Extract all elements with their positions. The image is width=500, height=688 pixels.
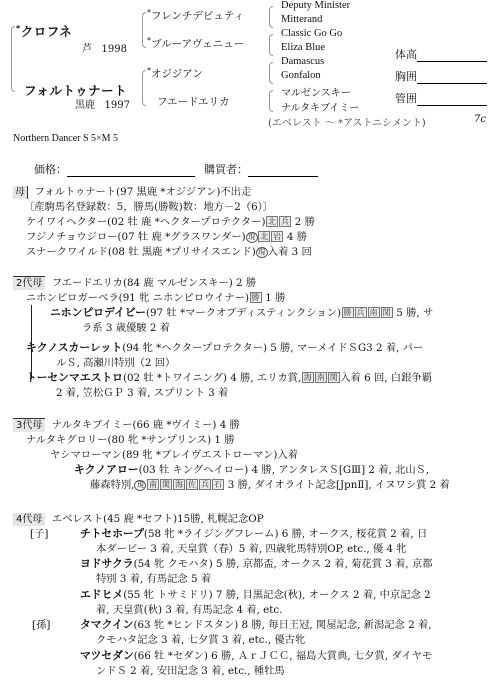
second-dam-header: 2代母 フエードエリカ(84 鹿 マルゼンスキー) 2 勝 [13, 276, 256, 290]
section-tag: 2代母 [13, 276, 45, 290]
section-tag: 母 [13, 186, 28, 199]
descendant-row: タマクイン(63 牝 *ヒンドスタン) 8 勝, 毎日王冠, 関屋記念, 新潟記… [80, 618, 432, 632]
gen3-ancestor: Mitterand [281, 14, 322, 25]
descendant-row: トーセンマエストロ(02 牡 *トワイニング) 4 勝, エリカ賞,海南関入着 … [26, 371, 432, 385]
descendant-row-cont: 2 着, 笠松ＧＰ 3 着, スプリント 3 着 [56, 386, 228, 400]
pedigree-bracket [269, 34, 273, 56]
sire-dam-name: *ブルーアヴェニュー [147, 36, 244, 51]
dam-summary: 〔産駒馬名登録数：5，勝馬(勝鞍)数：地方－2（6）〕 [24, 200, 273, 214]
sire-sire-name: *フレンチデピュティ [147, 8, 244, 23]
descendant-row-cont: ンドＳ 2 着, 安田記念 3 着, etc., 種牡馬 [96, 664, 285, 678]
family-line: (エベレスト ～ *アストニシメント) [268, 114, 426, 129]
cannon-field[interactable]: 管囲 [395, 90, 487, 106]
offspring-row: フジノチョウジロー(07 牡 鹿 *グラスワンダー)現北岩 4 勝 [26, 230, 307, 244]
gen3-ancestor: Eliza Blue [281, 42, 325, 53]
descendant-row: ヤシマローマン(89 牝 *ブレイヴエストローマン)入着 [50, 448, 298, 462]
offspring-row: ケイワイヘクター(02 牡 鹿 *ヘクタープロテクター)北兵 2 勝 [26, 215, 315, 229]
descendant-row-cont: 着, 天皇賞(秋) 3 着, 有馬記念 4 着, etc. [96, 603, 282, 617]
gen3-ancestor: Damascus [281, 56, 324, 67]
descendant-row: キクノアロー(03 牡 キングヘイロー) 4 勝, アンタレスＳ[GⅢ] 2 着… [74, 463, 429, 477]
dam-info: 黒鹿 1997 [75, 96, 130, 111]
gen3-ancestor: ナルタキブイミー [281, 99, 359, 114]
descendant-row-cont: 特別 3 着, 有馬記念 5 着 [96, 572, 211, 586]
descendant-row-cont: 本ダービー 3 着, 天皇賞（春）5 着, 四歳牝馬特別OP, etc., 優 … [96, 542, 407, 556]
descendant-row-cont: 藤森特別,現南関海佐兵石 3 勝, ダイオライト記念[JpnⅡ], イヌワシ賞 … [90, 478, 450, 492]
gen3-ancestor: Gonfalon [281, 70, 321, 81]
sire-name: *クロフネ [16, 22, 72, 40]
gen3-ancestor: マルゼンスキー [281, 84, 351, 99]
descendant-row: ニホンピロデイビー(97 牡 *マークオブディスティンクション)勝兵南関 5 勝… [50, 306, 433, 320]
gen3-ancestor: Classic Go Go [281, 28, 342, 39]
descendant-row: マツセダン(66 牡 *セダン) 6 勝, ＡｒＪＣＣ, 福島大賞典, 七夕賞,… [80, 649, 432, 663]
descendant-row: ナルタキグロリー(80 牝 *サンプリンス) 1 勝 [26, 433, 235, 447]
pedigree-bracket [142, 12, 146, 48]
dam-sire-name: *オジジアン [147, 66, 203, 81]
price-field[interactable]: 価格： [34, 161, 195, 177]
gen3-ancestor: Deputy Minister [281, 0, 350, 11]
descendant-row-cont: ルＳ, 高瀬川特別（2 回） [56, 356, 175, 370]
buyer-field[interactable]: 購買者： [204, 161, 318, 177]
pedigree-bracket [269, 6, 273, 28]
fourth-dam-header: 4代母 エベレスト(45 鹿 *セフト)15勝, 札幌記念OP [13, 512, 264, 526]
child-label: [子] [30, 527, 48, 541]
descendant-row-cont: ラ系 3 歳優駿 2 着 [82, 321, 170, 335]
descendant-row-cont: クモハタ記念 3 着, 七夕賞 3 着, etc., 優古牝 [96, 633, 305, 647]
chest-field[interactable]: 胸囲 [395, 68, 487, 84]
section-tag: 3代母 [13, 418, 45, 432]
sire-info: 芦 1998 [82, 40, 127, 55]
descendant-row: キクノスカーレット(94 牝 *ヘクタープロテクター) 5 勝, マーメイドＳG… [26, 341, 423, 355]
descendant-row: ニホンピロガーベラ(91 牝 ニホンピロウイナー)勝 1 勝 [26, 291, 285, 305]
family-number: 7c [474, 114, 486, 125]
descendant-row: チトセホープ(58 牝 *ライジングフレーム) 6 勝, オークス, 桜花賞 2… [80, 527, 427, 541]
pedigree-bracket [269, 62, 273, 84]
descendant-row: ヨドサクラ(54 牝 クモハタ) 5 勝, 京都盃, オークス 2 着, 菊花賞… [80, 557, 433, 571]
section-tag: 4代母 [13, 513, 45, 526]
offspring-row: スナークワイルド(08 牡 黒鹿 *プリサイスエンド)現入着 3 回 [26, 245, 312, 259]
third-dam-header: 3代母 ナルタキブイミー(66 鹿 *ヴイミー) 4 勝 [13, 418, 240, 432]
pedigree-bracket [269, 90, 273, 112]
inbreeding-note: Northern Dancer S 5×M 5 [13, 133, 118, 144]
descendant-row: エドヒメ(55 牝 トサミドリ) 7 勝, 目黒記念(秋), オークス 2 着,… [80, 588, 431, 602]
pedigree-bracket [142, 70, 146, 106]
dam-dam-name: フエードエリカ [157, 94, 229, 109]
grandchild-label: [孫] [32, 618, 50, 632]
height-field[interactable]: 体高 [395, 46, 487, 62]
pedigree-bracket [11, 26, 15, 92]
dam-header: 母 フォルトゥナート(97 黒鹿 *オジジアン)不出走 [13, 185, 251, 199]
